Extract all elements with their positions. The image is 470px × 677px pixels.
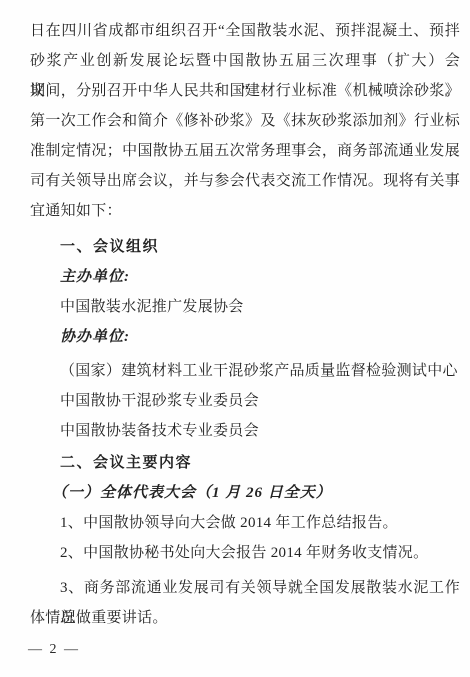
intro-line-3: 期间，分别召开中华人民共和国建材行业标准《机械喷涂砂浆》 [30, 76, 460, 106]
intro-line-5: 准制定情况；中国散协五届五次常务理事会，商务部流通业发展 [30, 136, 460, 166]
section2-sub-heading: （一）全体代表大会（1 月 26 日全天） [30, 478, 460, 508]
page-number: — 2 — [28, 637, 80, 663]
section2-item-3-line-2: 体情况做重要讲话。 [30, 603, 460, 633]
section1-heading: 一、会议组织 [30, 232, 460, 262]
cohost-3: 中国散协装备技术专业委员会 [30, 416, 460, 446]
intro-line-6: 司有关领导出席会议，并与参会代表交流工作情况。现将有关事 [30, 166, 460, 196]
intro-line-2: 砂浆产业创新发展论坛暨中国散协五届三次理事（扩大）会议”。 [30, 46, 460, 76]
document-page: 日在四川省成都市组织召开“全国散装水泥、预拌混凝土、预拌 砂浆产业创新发展论坛暨… [0, 0, 470, 677]
host-label: 主办单位: [30, 262, 460, 292]
intro-line-1: 日在四川省成都市组织召开“全国散装水泥、预拌混凝土、预拌 [30, 16, 460, 46]
cohost-label: 协办单位: [30, 322, 460, 352]
section2-item-1: 1、中国散协领导向大会做 2014 年工作总结报告。 [30, 508, 460, 538]
host-name: 中国散装水泥推广发展协会 [30, 292, 460, 322]
intro-line-7: 宜通知如下： [30, 196, 460, 226]
intro-line-4: 第一次工作会和简介《修补砂浆》及《抹灰砂浆添加剂》行业标 [30, 106, 460, 136]
cohost-2: 中国散协干混砂浆专业委员会 [30, 386, 460, 416]
document-body: 日在四川省成都市组织召开“全国散装水泥、预拌混凝土、预拌 砂浆产业创新发展论坛暨… [30, 16, 460, 633]
section2-item-2: 2、中国散协秘书处向大会报告 2014 年财务收支情况。 [30, 538, 460, 568]
section2-item-3-line-1: 3、商务部流通业发展司有关领导就全国发展散装水泥工作总 [30, 573, 460, 603]
section2-heading: 二、会议主要内容 [30, 448, 460, 478]
cohost-1: （国家）建筑材料工业干混砂浆产品质量监督检验测试中心 [30, 356, 460, 386]
